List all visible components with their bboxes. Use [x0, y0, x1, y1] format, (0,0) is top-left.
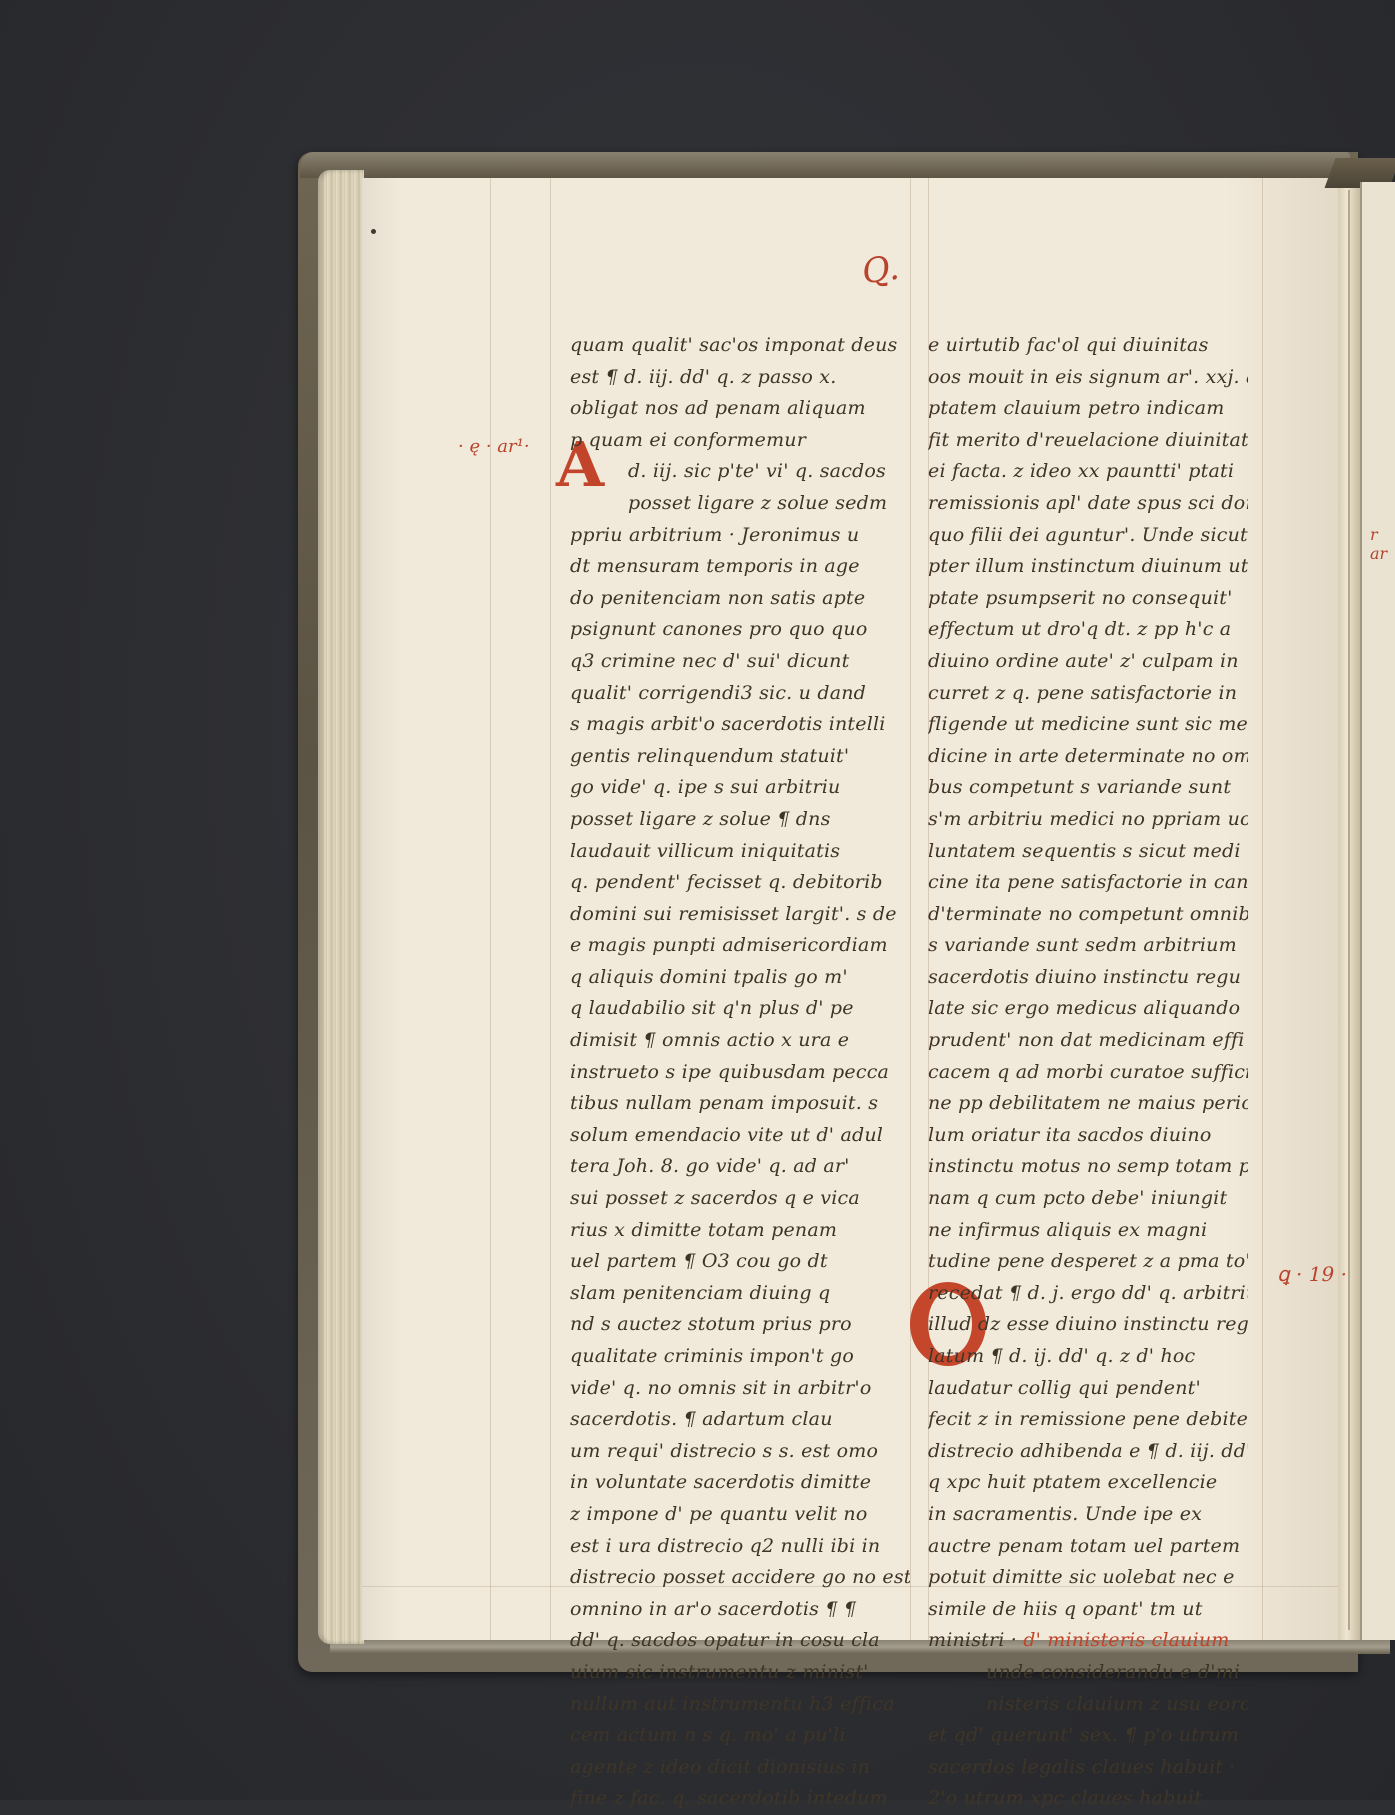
text-line: 2'o utrum xpc claues habuit [928, 1783, 1248, 1800]
ruling-line [550, 178, 551, 1640]
text-line: rius x dimitte totam penam [570, 1215, 910, 1247]
text-line: fine z fac. q. sacerdotib intedum [570, 1783, 910, 1800]
text-line: latum ¶ d. ij. dd' q. z d' hoc [928, 1341, 1248, 1373]
text-line: uel partem ¶ O3 cou go dt [570, 1246, 910, 1278]
text-line: et qd' querunt' sex. ¶ p'o utrum [928, 1720, 1248, 1752]
text-line: do penitenciam non satis apte [570, 583, 910, 615]
text-line: q3 crimine nec d' sui' dicunt [570, 646, 910, 678]
text-line: ne infirmus aliquis ex magni [928, 1215, 1248, 1247]
text-column-left: quam qualit' sac'os imponat deusest ¶ d.… [570, 330, 910, 1800]
text-line: solum emendacio vite ut d' adul [570, 1120, 910, 1152]
text-line: potuit dimitte sic uolebat nec e [928, 1562, 1248, 1594]
page-fore-edge [318, 170, 364, 1644]
text-line: vide' q. no omnis sit in arbitr'o [570, 1373, 910, 1405]
ruling-line [910, 178, 911, 1640]
cover-top-edge [300, 152, 1350, 178]
text-line: distrecio posset accidere go no est [570, 1562, 910, 1594]
text-line: effectum ut dro'q dt. z pp h'c a [928, 614, 1248, 646]
text-line: quam qualit' sac'os imponat deus [570, 330, 910, 362]
margin-note-left: · ę · ar¹· [458, 436, 530, 457]
text-line: e magis punpti admisericordiam [570, 930, 910, 962]
text-line: unde considerandu e d'mi [928, 1657, 1248, 1689]
text-line: e uirtutib fac'ol qui diuinitas [928, 330, 1248, 362]
text-line: bus competunt s variande sunt [928, 772, 1248, 804]
text-line: qualit' corrigendi3 sic. u dand [570, 678, 910, 710]
text-line: tudine pene desperet z a pma to'r [928, 1246, 1248, 1278]
text-line: omnino in ar'o sacerdotis ¶ ¶ [570, 1594, 910, 1626]
text-line: nam q cum pcto debe' iniungit [928, 1183, 1248, 1215]
text-column-right: e uirtutib fac'ol qui diuinitasoos mouit… [928, 330, 1248, 1800]
text-line: s variande sunt sedm arbitrium [928, 930, 1248, 962]
text-line: luntatem sequentis s sicut medi [928, 836, 1248, 868]
text-line: laudatur collig qui pendent' [928, 1373, 1248, 1405]
text-line: q xpc huit ptatem excellencie [928, 1467, 1248, 1499]
text-line: sacerdotis diuino instinctu regu [928, 962, 1248, 994]
text-line: fligende ut medicine sunt sic me [928, 709, 1248, 741]
text-line: tibus nullam penam imposuit. s [570, 1088, 910, 1120]
text-line: go vide' q. ipe s sui arbitriu [570, 772, 910, 804]
text-line: simile de hiis q opant' tm ut [928, 1594, 1248, 1626]
text-line: d'terminate no competunt omnib [928, 899, 1248, 931]
text-line: oos mouit in eis signum ar'. xxj. an [928, 362, 1248, 394]
text-line: q. pendent' fecisset q. debitorib [570, 867, 910, 899]
text-line: est ¶ d. iij. dd' q. z passo x. [570, 362, 910, 394]
text-line: ptate psumpserit no consequit' [928, 583, 1248, 615]
text-line: ne pp debilitatem ne maius pericu [928, 1088, 1248, 1120]
text-line: cacem q ad morbi curatoe sufficiat [928, 1057, 1248, 1089]
text-line: gentis relinquendum statuit' [570, 741, 910, 773]
text-line: uium sic instrumentu z minist' [570, 1657, 910, 1689]
text-line: q laudabilio sit q'n plus d' pe [570, 993, 910, 1025]
text-line: nullum aut instrumentu h3 effica [570, 1689, 910, 1721]
text-line: illud dz esse diuino instinctu regu [928, 1309, 1248, 1341]
text-line: sacerdos legalis claues habuit · [928, 1752, 1248, 1784]
text-line: instinctu motus no semp totam pe [928, 1151, 1248, 1183]
text-line: sacerdotis. ¶ adartum clau [570, 1404, 910, 1436]
text-line: p quam ei conformemur [570, 425, 910, 457]
text-line: recedat ¶ d. j. ergo dd' q. arbitriu [928, 1278, 1248, 1310]
text-line: tera Joh. 8. go vide' q. ad ar' [570, 1151, 910, 1183]
text-line: quo filii dei aguntur'. Unde sicut [928, 520, 1248, 552]
text-line: laudauit villicum iniquitatis [570, 836, 910, 868]
text-line: z impone d' pe quantu velit no [570, 1499, 910, 1531]
text-line: posset ligare z solue sedm [570, 488, 910, 520]
text-line: instrueto s ipe quibusdam pecca [570, 1057, 910, 1089]
text-line: posset ligare z solue ¶ dns [570, 804, 910, 836]
text-line: psignunt canones pro quo quo [570, 614, 910, 646]
margin-note-right: ꝗ · 19 · [1277, 1262, 1347, 1286]
text-line: pter illum instinctum diuinum uti sua [928, 551, 1248, 583]
text-line: nd s auctez stotum prius pro [570, 1309, 910, 1341]
facing-page [1360, 182, 1395, 1640]
rubric-heading: d' ministeris clauium [1023, 1629, 1229, 1651]
text-line: lum oriatur ita sacdos diuino [928, 1120, 1248, 1152]
gutter-fold [1348, 190, 1350, 1630]
ruling-line [1262, 178, 1263, 1640]
text-line: um requi' distrecio s s. est omo [570, 1436, 910, 1468]
text-line: nisteris clauium z usu eoro [928, 1689, 1248, 1721]
text-line: auctre penam totam uel partem [928, 1531, 1248, 1563]
text-line: dicine in arte determinate no omni [928, 741, 1248, 773]
text-line: cem actum n s q. mo' a pu'li [570, 1720, 910, 1752]
text-line: dd' q. sacdos opatur in cosu cla [570, 1625, 910, 1657]
text-line: prudent' non dat medicinam effi [928, 1025, 1248, 1057]
text-line: obligat nos ad penam aliquam [570, 393, 910, 425]
text-line: ppriu arbitrium · Jeronimus u [570, 520, 910, 552]
text-line: curret z q. pene satisfactorie in [928, 678, 1248, 710]
text-line: qualitate criminis impon't go [570, 1341, 910, 1373]
text-line: d. iij. sic p'te' vi' q. sacdos [570, 456, 910, 488]
text-line: ei facta. z ideo xx pauntti' ptati [928, 456, 1248, 488]
text-line: ministri · d' ministeris clauium [928, 1625, 1248, 1657]
text-line: sui posset z sacerdos q e vica [570, 1183, 910, 1215]
ink-spot [371, 229, 376, 234]
text-line: dt mensuram temporis in age [570, 551, 910, 583]
text-line: dimisit ¶ omnis actio x ura e [570, 1025, 910, 1057]
text-line: s magis arbit'o sacerdotis intelli [570, 709, 910, 741]
text-line: s'm arbitriu medici no ppriam uo [928, 804, 1248, 836]
text-line: cine ita pene satisfactorie in canone [928, 867, 1248, 899]
folio-mark: Q. [859, 248, 901, 293]
text-line: slam penitenciam diuing q [570, 1278, 910, 1310]
facing-page-note: r ar [1370, 525, 1395, 563]
text-line: remissionis apl' date spus sci dom [928, 488, 1248, 520]
text-line: distrecio adhibenda e ¶ d. iij. dd' [928, 1436, 1248, 1468]
text-line: ptatem clauium petro indicam [928, 393, 1248, 425]
ruling-line [490, 178, 491, 1640]
text-line: domini sui remisisset largit'. s de [570, 899, 910, 931]
text-line: diuino ordine aute' z' culpam in [928, 646, 1248, 678]
text-line: late sic ergo medicus aliquando [928, 993, 1248, 1025]
text-line: agente z ideo dicit dionisius in [570, 1752, 910, 1784]
text-line: q aliquis domini tpalis go m' [570, 962, 910, 994]
text-line: in sacramentis. Unde ipe ex [928, 1499, 1248, 1531]
text-line: in voluntate sacerdotis dimitte [570, 1467, 910, 1499]
text-line: fecit z in remissione pene debite [928, 1404, 1248, 1436]
text-line: fit merito d'reuelacione diuinitat [928, 425, 1248, 457]
text-line: est i ura distrecio q2 nulli ibi in [570, 1531, 910, 1563]
